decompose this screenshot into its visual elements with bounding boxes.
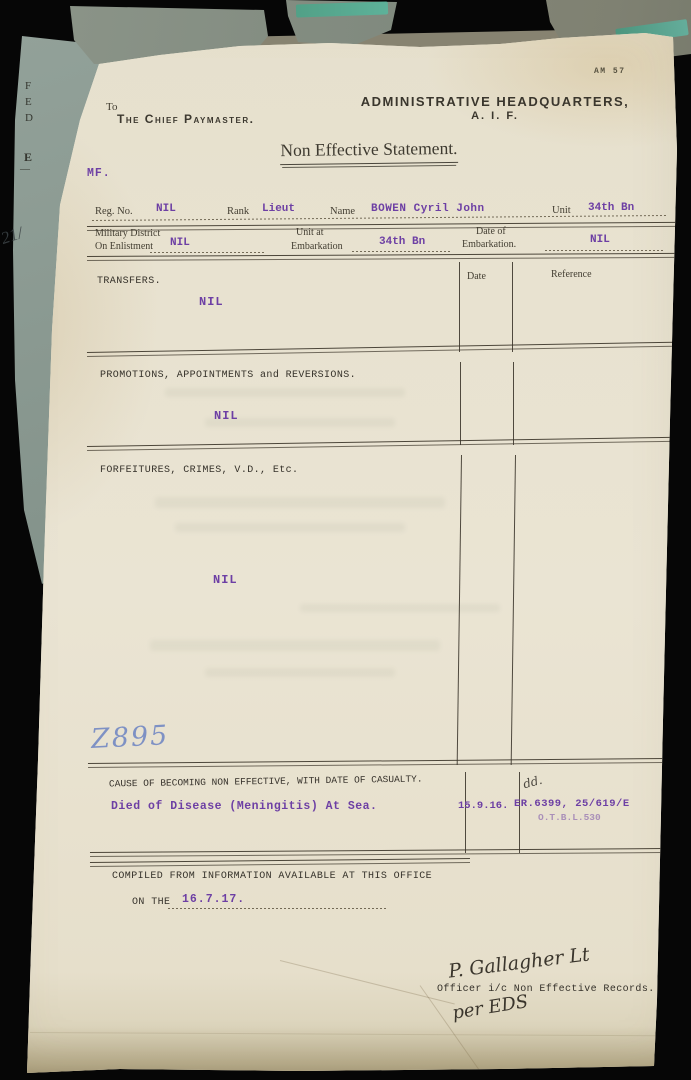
underlay-letter-fragment: F xyxy=(25,80,31,92)
bleed-through-smudge xyxy=(175,523,405,532)
mf-stamp: MF. xyxy=(87,167,111,180)
military-district-value: NIL xyxy=(170,237,190,249)
promotions-heading: PROMOTIONS, APPOINTMENTS and REVERSIONS. xyxy=(100,370,356,381)
bleed-through-smudge xyxy=(150,640,440,651)
date-of-label: Date of xyxy=(476,226,506,237)
column-rule xyxy=(519,772,520,853)
on-the-label: ON THE xyxy=(132,897,170,908)
column-rule xyxy=(511,455,516,765)
reg-no-value: NIL xyxy=(156,203,176,215)
signatory-role: Officer i/c Non Effective Records. xyxy=(437,984,655,995)
row1-fill-line xyxy=(92,215,667,221)
signature: P. Gallagher Lt xyxy=(447,943,591,982)
row2-fill-line xyxy=(150,252,265,253)
column-rule xyxy=(460,362,461,445)
scanned-document: F E D E — 21/ AM 57 To The Chief Paymast… xyxy=(0,0,691,1080)
bottom-fold-shading xyxy=(0,1026,691,1080)
unit-label: Unit xyxy=(552,205,571,216)
per-signature: per EDS xyxy=(451,991,530,1024)
military-district-label: Military District xyxy=(95,228,160,239)
underlay-letter-fragment: E xyxy=(24,150,32,165)
rank-label: Rank xyxy=(227,206,249,217)
unit-embarkation-value: 34th Bn xyxy=(379,236,425,248)
column-rule xyxy=(512,262,513,352)
bleed-through-smudge xyxy=(155,497,445,508)
embarkation-label: Embarkation xyxy=(291,241,343,252)
form-code: AM 57 xyxy=(594,67,626,76)
reference-column-header: Reference xyxy=(551,269,592,280)
section-divider xyxy=(88,758,688,768)
document-title: Non Effective Statement. xyxy=(244,137,494,165)
section-divider xyxy=(87,342,688,357)
embarkation-date-label: Embarkation. xyxy=(462,239,516,250)
reg-no-label: Reg. No. xyxy=(95,206,133,217)
form-page: AM 57 To The Chief Paymaster. ADMINISTRA… xyxy=(0,0,691,1080)
section-divider xyxy=(87,437,688,451)
handwritten-reference-note: dd. xyxy=(522,773,544,791)
bleed-through-smudge xyxy=(165,388,405,397)
name-label: Name xyxy=(330,206,355,217)
transfers-heading: TRANSFERS. xyxy=(97,276,161,287)
addressee: The Chief Paymaster. xyxy=(117,112,255,126)
column-rule xyxy=(513,362,514,445)
forfeitures-value: NIL xyxy=(213,573,238,587)
underlay-letter-fragment: D xyxy=(25,112,33,124)
compiled-date-line xyxy=(168,908,388,909)
to-label: To xyxy=(106,101,117,113)
rank-value: Lieut xyxy=(262,203,295,215)
cause-heading: CAUSE OF BECOMING NON EFFECTIVE, WITH DA… xyxy=(109,774,423,790)
forfeitures-heading: FORFEITURES, CRIMES, V.D., Etc. xyxy=(100,465,298,476)
underlay-dash-fragment: — xyxy=(20,164,30,175)
column-rule xyxy=(465,772,466,853)
compiled-heading: COMPILED FROM INFORMATION AVAILABLE AT T… xyxy=(112,871,432,882)
compiled-date-value: 16.7.17. xyxy=(182,893,245,906)
reference-value-line2: O.T.B.L.530 xyxy=(538,812,601,823)
cause-value: Died of Disease (Meningitis) At Sea. xyxy=(111,800,377,813)
date-embarkation-value: NIL xyxy=(590,234,610,246)
row2-fill-line xyxy=(545,250,663,251)
row1-divider xyxy=(87,222,683,231)
section-divider xyxy=(90,848,688,857)
bleed-through-smudge xyxy=(300,604,500,612)
unit-value: 34th Bn xyxy=(588,202,634,214)
compiled-top-rule xyxy=(90,858,470,867)
promotions-value: NIL xyxy=(214,409,239,423)
row2-fill-line xyxy=(352,251,452,252)
on-enlistment-label: On Enlistment xyxy=(95,241,153,252)
bleed-through-smudge xyxy=(205,668,395,677)
underlay-letter-fragment: E xyxy=(25,96,32,108)
pencil-reference-number: Z895 xyxy=(90,720,170,755)
org-name-line2: A. I. F. xyxy=(330,110,660,122)
org-name-line1: ADMINISTRATIVE HEADQUARTERS, xyxy=(330,94,660,109)
row2-divider xyxy=(87,253,686,261)
date-column-header: Date xyxy=(467,271,486,282)
reference-value-line1: ER.6399, 25/619/E xyxy=(514,798,630,810)
column-rule xyxy=(459,262,460,352)
casualty-date-value: 15.9.16. xyxy=(458,800,508,812)
transfers-value: NIL xyxy=(199,295,224,309)
unit-at-label: Unit at xyxy=(296,227,324,238)
name-value: BOWEN Cyril John xyxy=(371,203,485,215)
